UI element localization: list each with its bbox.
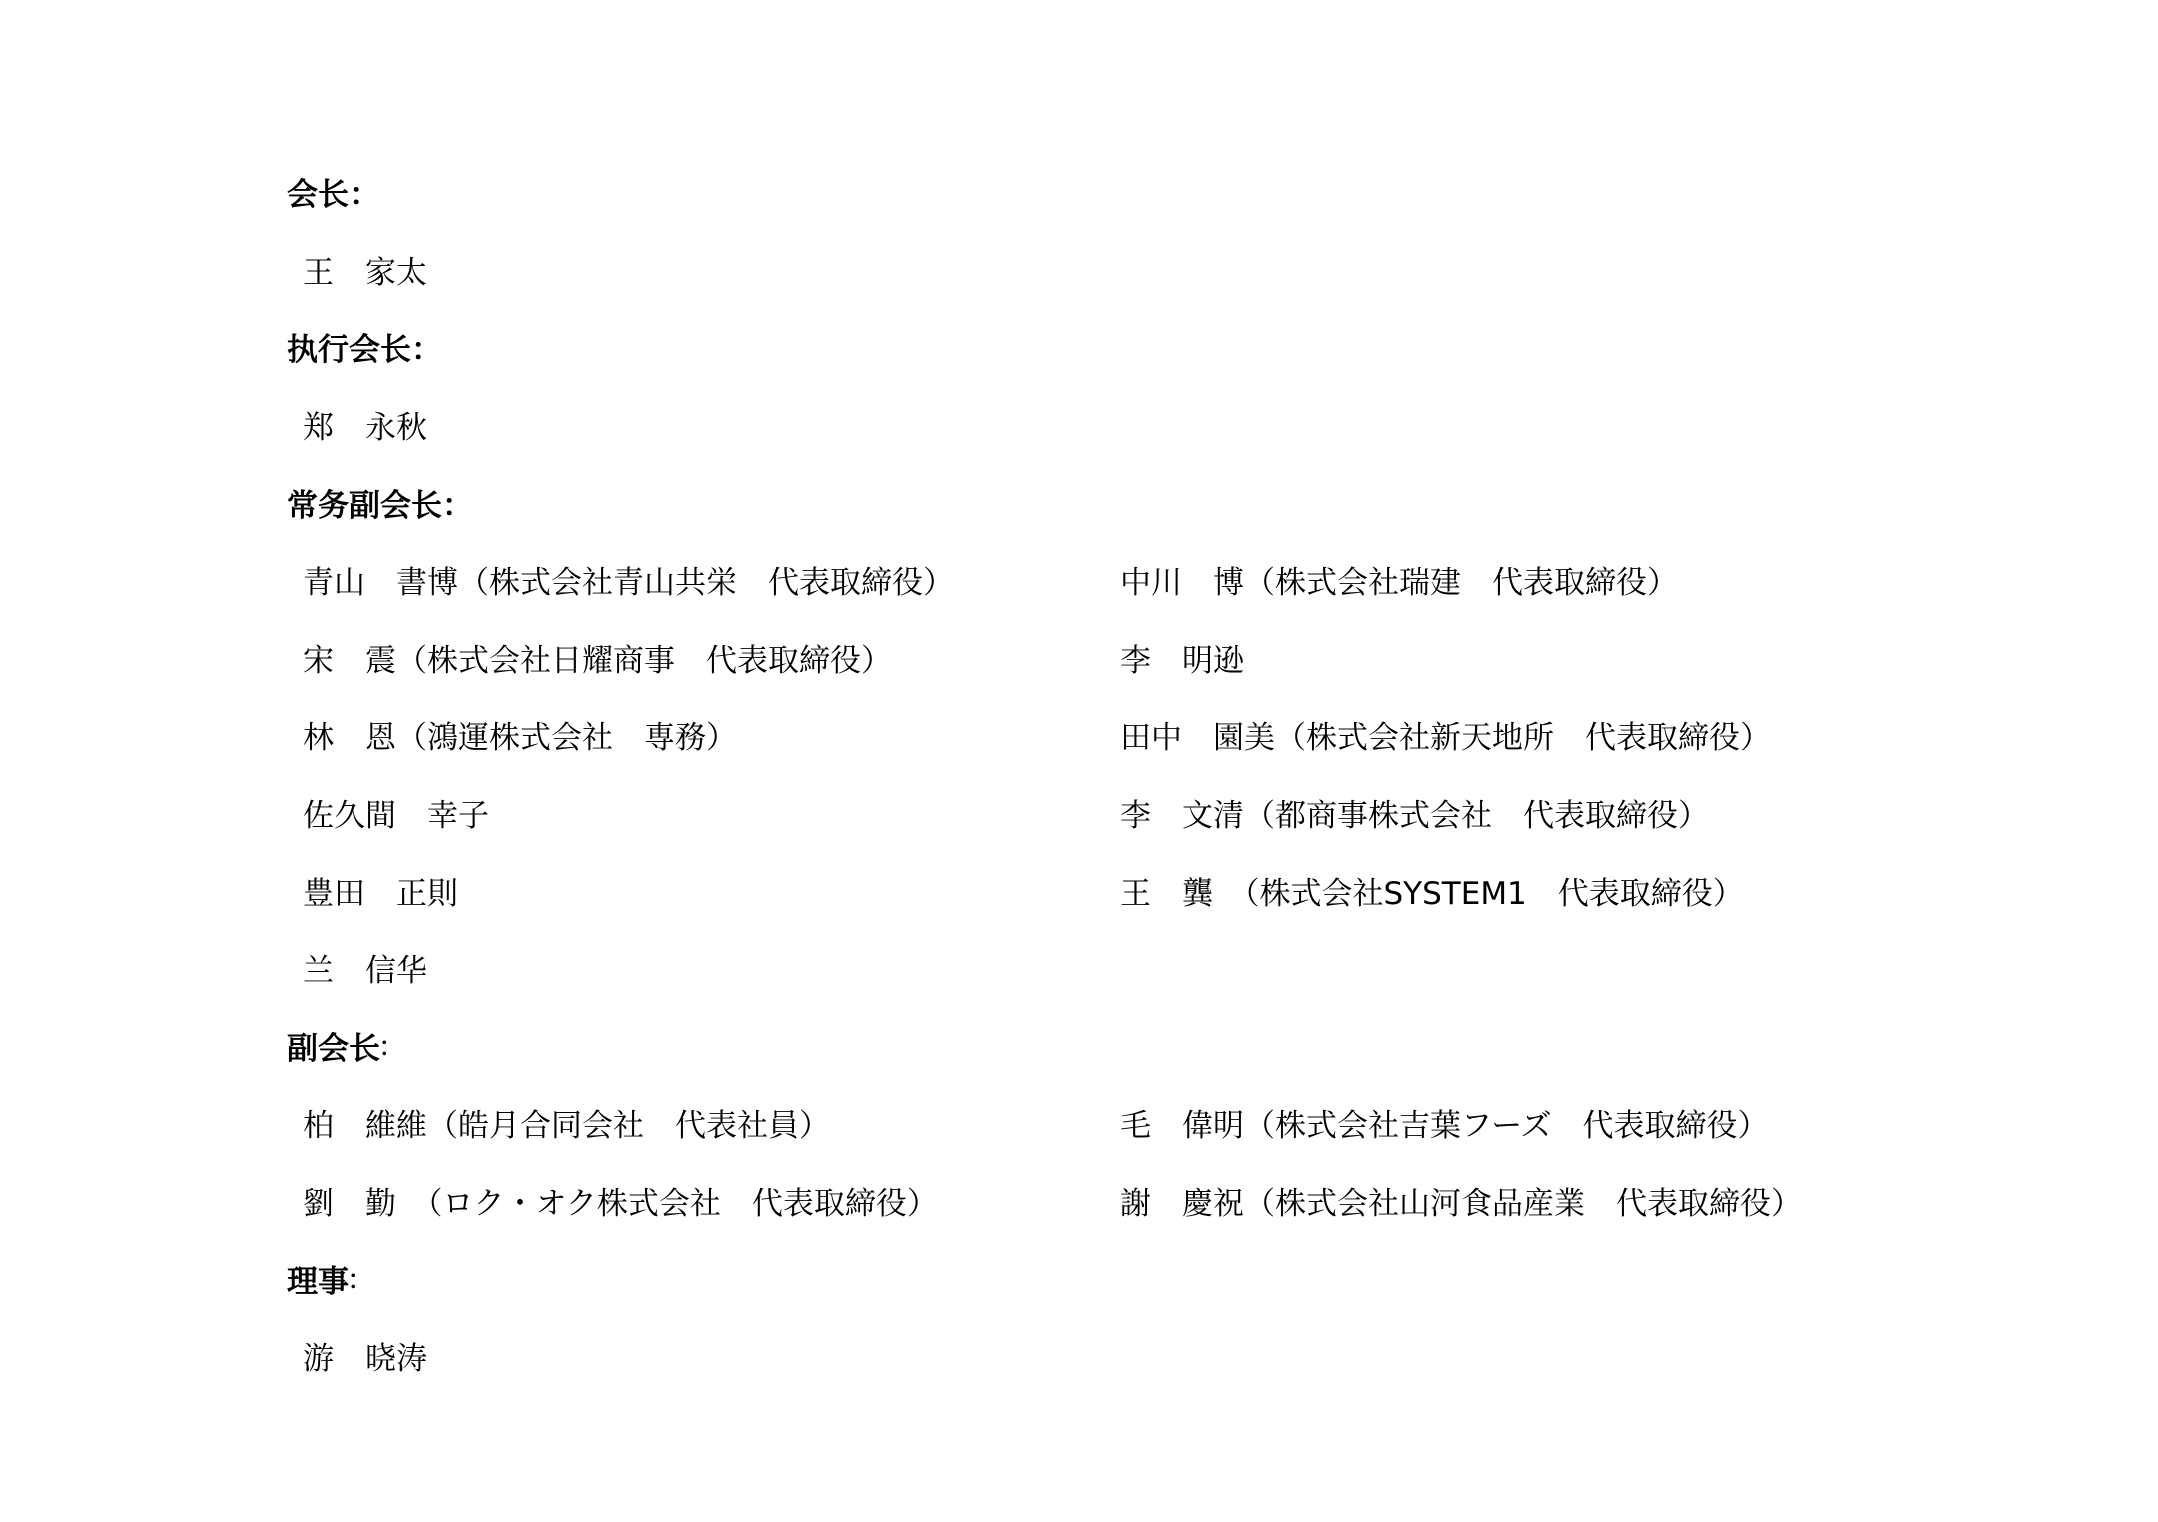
section-heading-vice-chairman: 副会长: <box>287 1007 2158 1085</box>
member-row: 游 晓涛 <box>287 1317 2158 1395</box>
section-director: 理事: 游 晓涛 <box>287 1239 2158 1394</box>
member-name-right: 中川 博（株式会社瑞建 代表取締役） <box>1120 557 2158 602</box>
member-name-right: 毛 偉明（株式会社吉葉フーズ 代表取締役） <box>1120 1100 2158 1145</box>
heading-label: 会长 <box>287 169 349 214</box>
member-row: 郑 永秋 <box>287 386 2158 464</box>
section-executive-chairman: 执行会长： 郑 永秋 <box>287 308 2158 463</box>
member-row: 青山 書博（株式会社青山共栄 代表取締役） 中川 博（株式会社瑞建 代表取締役） <box>287 541 2158 619</box>
member-row: 林 恩（鴻運株式会社 専務） 田中 園美（株式会社新天地所 代表取締役） <box>287 696 2158 774</box>
section-standing-vice-chairman: 常务副会长： 青山 書博（株式会社青山共栄 代表取締役） 中川 博（株式会社瑞建… <box>287 463 2158 1006</box>
member-name-left: 佐久間 幸子 <box>303 790 1120 835</box>
member-row: 豊田 正則 王 龔 （株式会社SYSTEM1 代表取締役） <box>287 851 2158 929</box>
member-name-right: 田中 園美（株式会社新天地所 代表取締役） <box>1120 712 2158 757</box>
member-row: 佐久間 幸子 李 文清（都商事株式会社 代表取締役） <box>287 774 2158 852</box>
member-name-left: 青山 書博（株式会社青山共栄 代表取締役） <box>303 557 1120 602</box>
heading-colon: ： <box>442 480 473 525</box>
heading-label: 副会长 <box>287 1023 380 1068</box>
member-row: 宋 震（株式会社日耀商事 代表取締役） 李 明逊 <box>287 619 2158 697</box>
heading-colon: : <box>380 1027 389 1063</box>
member-name-left: 兰 信华 <box>303 945 1120 990</box>
member-row: 兰 信华 <box>287 929 2158 1007</box>
member-name-right: 李 明逊 <box>1120 635 2158 680</box>
member-name-left: 劉 勤 （ロク・オク株式会社 代表取締役） <box>303 1178 1120 1223</box>
member-row: 柏 維維（皓月合同会社 代表社員） 毛 偉明（株式会社吉葉フーズ 代表取締役） <box>287 1084 2158 1162</box>
member-row: 劉 勤 （ロク・オク株式会社 代表取締役） 謝 慶祝（株式会社山河食品産業 代表… <box>287 1162 2158 1240</box>
member-name-right: 謝 慶祝（株式会社山河食品産業 代表取締役） <box>1120 1178 2158 1223</box>
member-name-right: 李 文清（都商事株式会社 代表取締役） <box>1120 790 2158 835</box>
heading-label: 理事 <box>287 1256 349 1301</box>
section-chairman: 会长： 王 家太 <box>287 153 2158 308</box>
member-name-left: 游 晓涛 <box>303 1333 1120 1378</box>
member-name-left: 林 恩（鴻運株式会社 専務） <box>303 712 1120 757</box>
heading-label: 常务副会长 <box>287 480 442 525</box>
member-name-left: 柏 維維（皓月合同会社 代表社員） <box>303 1100 1120 1145</box>
member-name-left: 王 家太 <box>303 247 1120 292</box>
member-row: 王 家太 <box>287 231 2158 309</box>
heading-colon: ： <box>349 169 380 214</box>
member-name-left: 豊田 正則 <box>303 868 1120 913</box>
member-name-left: 郑 永秋 <box>303 402 1120 447</box>
section-heading-director: 理事: <box>287 1239 2158 1317</box>
heading-colon: : <box>349 1260 358 1296</box>
section-heading-standing-vice-chairman: 常务副会长： <box>287 463 2158 541</box>
section-heading-chairman: 会长： <box>287 153 2158 231</box>
section-vice-chairman: 副会长: 柏 維維（皓月合同会社 代表社員） 毛 偉明（株式会社吉葉フーズ 代表… <box>287 1007 2158 1240</box>
officer-list-document-page: 会长： 王 家太 执行会长： 郑 永秋 常务副会长： 青山 書博（株式会社青山共… <box>0 0 2158 1522</box>
heading-colon: ： <box>411 324 442 369</box>
member-name-right: 王 龔 （株式会社SYSTEM1 代表取締役） <box>1120 868 2158 913</box>
member-name-left: 宋 震（株式会社日耀商事 代表取締役） <box>303 635 1120 680</box>
section-heading-executive-chairman: 执行会长： <box>287 308 2158 386</box>
heading-label: 执行会长 <box>287 324 411 369</box>
